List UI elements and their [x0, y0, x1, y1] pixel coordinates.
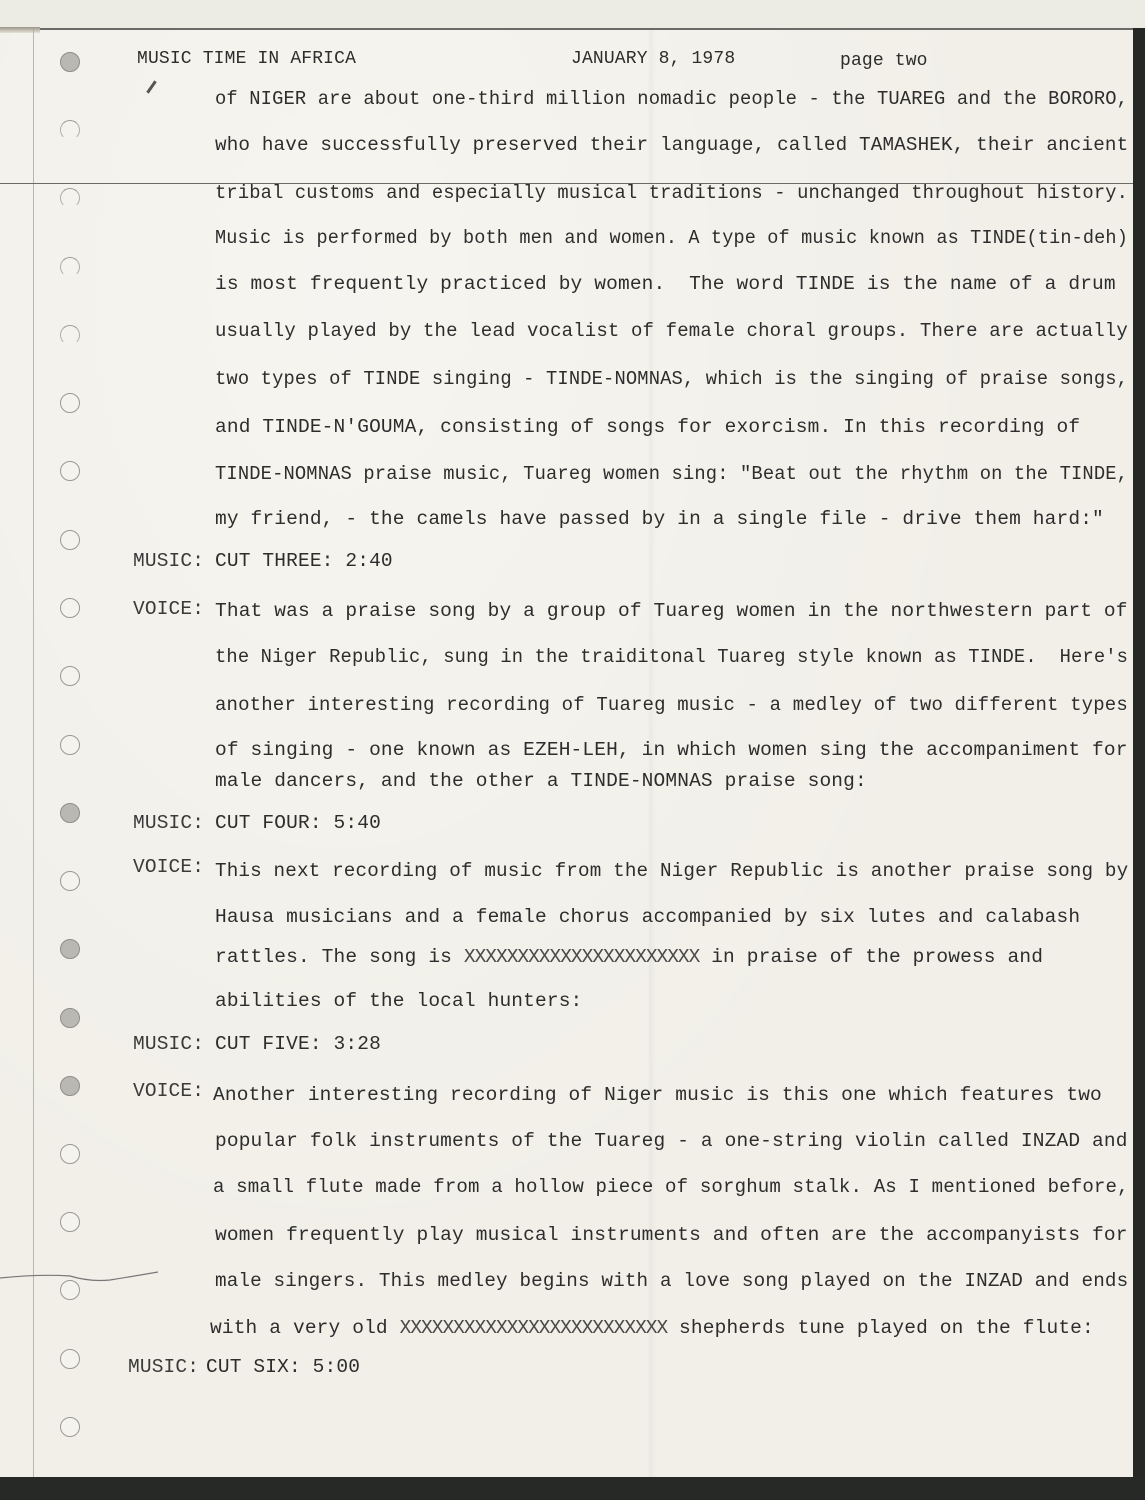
voice-line: another interesting recording of Tuareg …: [215, 694, 1128, 716]
voice-line: a small flute made from a hollow piece o…: [213, 1176, 1129, 1198]
punch-hole: [60, 666, 80, 686]
punch-hole: [60, 1212, 80, 1232]
music-cue-cut-five: CUT FIVE: 3:28: [215, 1033, 381, 1055]
punch-hole: [60, 939, 80, 959]
punch-hole: [60, 325, 80, 345]
music-cue-label: MUSIC:: [128, 1356, 199, 1378]
voice-line: rattles. The song is XXXXXXXXXXXXXXXXXXX…: [215, 946, 1043, 968]
struck-out-text: XXXXXXXXXXXXXXXXXXXXXXXXX: [400, 1317, 668, 1339]
music-cue-cut-four: CUT FOUR: 5:40: [215, 812, 381, 834]
voice-cue-label: VOICE:: [133, 856, 204, 878]
voice-line: Hausa musicians and a female chorus acco…: [215, 906, 1080, 928]
voice-cue-label: VOICE:: [133, 598, 204, 620]
page-number: page two: [840, 50, 928, 72]
body-line: my friend, - the camels have passed by i…: [215, 508, 1104, 530]
punch-hole: [60, 1076, 80, 1096]
voice-line: popular folk instruments of the Tuareg -…: [215, 1130, 1128, 1152]
scan-edge-right: [1133, 28, 1145, 1500]
punch-hole: [60, 598, 80, 618]
punch-hole: [60, 735, 80, 755]
music-cue-cut-six: CUT SIX: 5:00: [206, 1356, 360, 1378]
margin-crease: [33, 28, 34, 1478]
voice-line: Another interesting recording of Niger m…: [213, 1084, 1102, 1106]
voice-text: in praise of the prowess and: [699, 946, 1043, 968]
punch-hole: [60, 257, 80, 277]
voice-text: rattles. The song is: [215, 946, 464, 968]
body-line: usually played by the lead vocalist of f…: [215, 320, 1128, 342]
body-line: TINDE-NOMNAS praise music, Tuareg women …: [215, 463, 1128, 485]
scan-edge-bottom: [0, 1477, 1145, 1500]
punch-hole: [60, 188, 80, 208]
punch-hole: [60, 1280, 80, 1300]
punch-hole: [60, 530, 80, 550]
punch-hole: [60, 1008, 80, 1028]
voice-text: shepherds tune played on the flute:: [667, 1317, 1094, 1339]
body-line: tribal customs and especially musical tr…: [215, 182, 1128, 204]
voice-line: male dancers, and the other a TINDE-NOMN…: [215, 770, 867, 792]
voice-line: women frequently play musical instrument…: [215, 1224, 1128, 1246]
punch-hole: [60, 803, 80, 823]
voice-line: with a very old XXXXXXXXXXXXXXXXXXXXXXXX…: [210, 1317, 1094, 1339]
music-cue-label: MUSIC:: [133, 1033, 204, 1055]
punch-hole: [60, 52, 80, 72]
voice-cue-label: VOICE:: [133, 1080, 204, 1102]
music-cue-label: MUSIC:: [133, 812, 204, 834]
voice-line: This next recording of music from the Ni…: [215, 860, 1128, 882]
punch-hole: [60, 871, 80, 891]
punch-hole: [60, 1349, 80, 1369]
punch-hole: [60, 1417, 80, 1437]
music-cue-label: MUSIC:: [133, 550, 204, 572]
body-line: and TINDE-N'GOUMA, consisting of songs f…: [215, 416, 1080, 438]
music-cue-cut-three: CUT THREE: 2:40: [215, 550, 393, 572]
body-line: two types of TINDE singing - TINDE-NOMNA…: [215, 368, 1128, 390]
corner-fold: [0, 27, 40, 33]
body-line: is most frequently practiced by women. T…: [215, 273, 1116, 295]
voice-line: That was a praise song by a group of Tua…: [215, 600, 1128, 622]
voice-line: abilities of the local hunters:: [215, 990, 582, 1012]
struck-out-text: XXXXXXXXXXXXXXXXXXXXXX: [464, 946, 699, 968]
body-line: of NIGER are about one-third million nom…: [215, 88, 1128, 110]
voice-line: of singing - one known as EZEH-LEH, in w…: [215, 739, 1128, 761]
pencil-mark: [0, 1268, 160, 1288]
punch-hole: [60, 120, 80, 140]
body-line: Music is performed by both men and women…: [215, 227, 1128, 249]
program-title: MUSIC TIME IN AFRICA: [137, 48, 356, 70]
voice-line: male singers. This medley begins with a …: [215, 1270, 1128, 1292]
top-edge: [0, 0, 1145, 30]
punch-hole: [60, 393, 80, 413]
voice-text: with a very old: [210, 1317, 400, 1339]
punch-hole: [60, 461, 80, 481]
punch-hole: [60, 1144, 80, 1164]
document-date: JANUARY 8, 1978: [571, 48, 735, 70]
voice-line: the Niger Republic, sung in the traidito…: [215, 646, 1128, 668]
body-line: who have successfully preserved their la…: [215, 134, 1128, 156]
